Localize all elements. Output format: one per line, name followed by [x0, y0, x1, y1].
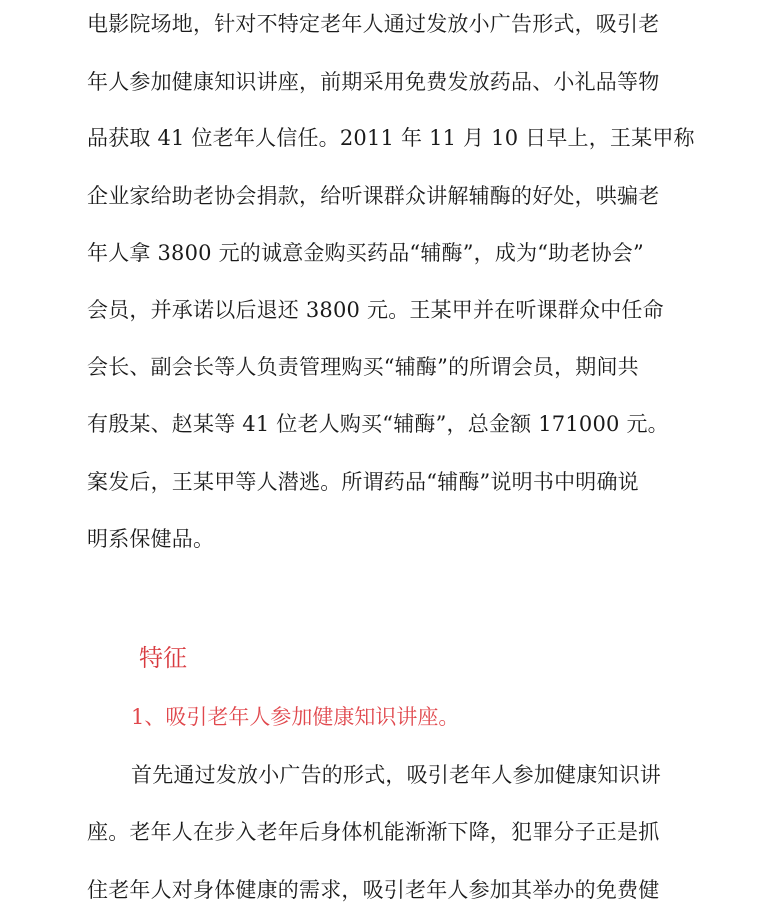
text-line: 年人拿 3800 元的诚意金购买药品“辅酶”，成为“助老协会”: [87, 239, 687, 267]
text-line: 企业家给助老协会捐款，给听课群众讲解辅酶的好处，哄骗老: [87, 182, 687, 210]
section-subheading: 1、吸引老年人参加健康知识讲座。: [131, 703, 459, 731]
text-line: 会员，并承诺以后退还 3800 元。王某甲并在听课群众中任命: [87, 296, 687, 324]
text-line: 品获取 41 位老年人信任。2011 年 11 月 10 日早上，王某甲称: [87, 124, 687, 152]
text-line: 年人参加健康知识讲座，前期采用免费发放药品、小礼品等物: [87, 68, 687, 96]
text-line: 首先通过发放小广告的形式，吸引老年人参加健康知识讲: [131, 761, 731, 789]
text-line: 案发后，王某甲等人潜逃。所谓药品“辅酶”说明书中明确说: [87, 468, 687, 496]
text-line: 会长、副会长等人负责管理购买“辅酶”的所谓会员，期间共: [87, 353, 687, 381]
text-line: 明系保健品。: [87, 525, 687, 553]
section-heading: 特征: [139, 643, 187, 673]
text-line: 座。老年人在步入老年后身体机能渐渐下降，犯罪分子正是抓: [87, 818, 687, 846]
text-line: 有殷某、赵某等 41 位老人购买“辅酶”，总金额 171000 元。: [87, 410, 687, 438]
document-page: 电影院场地，针对不特定老年人通过发放小广告形式，吸引老 年人参加健康知识讲座，前…: [0, 0, 759, 908]
text-line: 住老年人对身体健康的需求，吸引老年人参加其举办的免费健: [87, 876, 687, 904]
text-line: 电影院场地，针对不特定老年人通过发放小广告形式，吸引老: [87, 10, 687, 38]
